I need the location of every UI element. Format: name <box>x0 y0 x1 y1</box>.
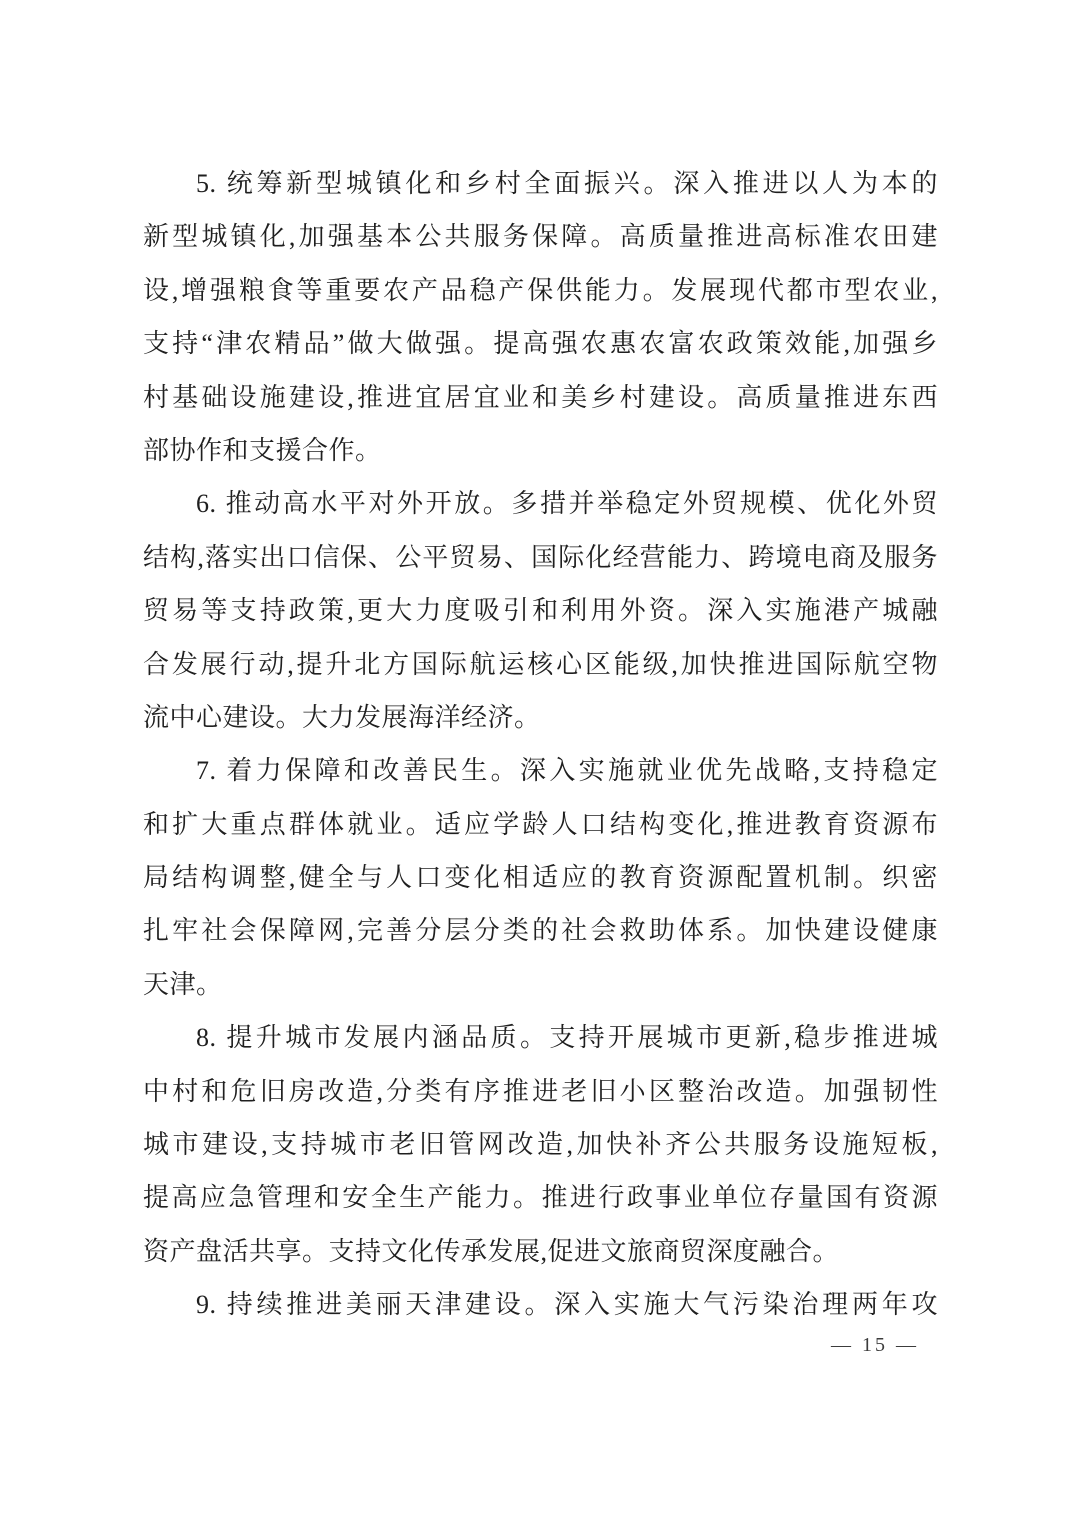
text-line: 6. 推动高水平对外开放。多措并举稳定外贸规模、优化外贸 <box>143 477 938 530</box>
paragraph-item-9: 9. 持续推进美丽天津建设。深入实施大气污染治理两年攻 <box>143 1278 938 1331</box>
text-line: 新型城镇化,加强基本公共服务保障。高质量推进高标准农田建 <box>143 210 938 263</box>
paragraph-item-6: 6. 推动高水平对外开放。多措并举稳定外贸规模、优化外贸结构,落实出口信保、公平… <box>143 477 938 744</box>
text-line: 中村和危旧房改造,分类有序推进老旧小区整治改造。加强韧性 <box>143 1065 938 1118</box>
text-line: 天津。 <box>143 958 938 1011</box>
paragraph-item-8: 8. 提升城市发展内涵品质。支持开展城市更新,稳步推进城中村和危旧房改造,分类有… <box>143 1011 938 1278</box>
text-line: 7. 着力保障和改善民生。深入实施就业优先战略,支持稳定 <box>143 744 938 797</box>
text-line: 合发展行动,提升北方国际航运核心区能级,加快推进国际航空物 <box>143 638 938 691</box>
paragraph-item-7: 7. 着力保障和改善民生。深入实施就业优先战略,支持稳定和扩大重点群体就业。适应… <box>143 744 938 1011</box>
text-line: 资产盘活共享。支持文化传承发展,促进文旅商贸深度融合。 <box>143 1225 938 1278</box>
text-line: 流中心建设。大力发展海洋经济。 <box>143 691 938 744</box>
text-line: 局结构调整,健全与人口变化相适应的教育资源配置机制。织密 <box>143 851 938 904</box>
text-line: 提高应急管理和安全生产能力。推进行政事业单位存量国有资源 <box>143 1171 938 1224</box>
text-line: 结构,落实出口信保、公平贸易、国际化经营能力、跨境电商及服务 <box>143 531 938 584</box>
text-line: 设,增强粮食等重要农产品稳产保供能力。发展现代都市型农业, <box>143 264 938 317</box>
page-number: — 15 — <box>800 1330 950 1360</box>
text-line: 扎牢社会保障网,完善分层分类的社会救助体系。加快建设健康 <box>143 904 938 957</box>
text-line: 和扩大重点群体就业。适应学龄人口结构变化,推进教育资源布 <box>143 798 938 851</box>
text-line: 5. 统筹新型城镇化和乡村全面振兴。深入推进以人为本的 <box>143 157 938 210</box>
text-line: 8. 提升城市发展内涵品质。支持开展城市更新,稳步推进城 <box>143 1011 938 1064</box>
text-line: 支持“津农精品”做大做强。提高强农惠农富农政策效能,加强乡 <box>143 317 938 370</box>
text-line: 9. 持续推进美丽天津建设。深入实施大气污染治理两年攻 <box>143 1278 938 1331</box>
text-line: 贸易等支持政策,更大力度吸引和利用外资。深入实施港产城融 <box>143 584 938 637</box>
page-content: 5. 统筹新型城镇化和乡村全面振兴。深入推进以人为本的新型城镇化,加强基本公共服… <box>143 157 938 1332</box>
text-line: 村基础设施建设,推进宜居宜业和美乡村建设。高质量推进东西 <box>143 371 938 424</box>
paragraph-item-5: 5. 统筹新型城镇化和乡村全面振兴。深入推进以人为本的新型城镇化,加强基本公共服… <box>143 157 938 477</box>
text-line: 部协作和支援合作。 <box>143 424 938 477</box>
document-page: 5. 统筹新型城镇化和乡村全面振兴。深入推进以人为本的新型城镇化,加强基本公共服… <box>0 0 1074 1520</box>
text-line: 城市建设,支持城市老旧管网改造,加快补齐公共服务设施短板, <box>143 1118 938 1171</box>
